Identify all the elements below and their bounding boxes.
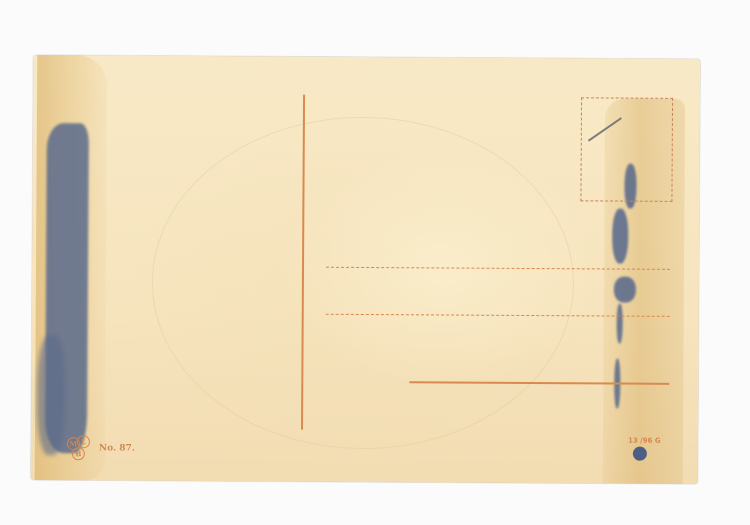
imprint-number: No. 87.: [99, 443, 135, 453]
logo-letter-b: B: [72, 447, 85, 460]
postcard-back: M L B No. 87. 13 /96 G: [31, 55, 701, 484]
publisher-imprint: M L B No. 87.: [67, 435, 135, 461]
print-code: 13 /96 G: [628, 437, 661, 445]
embossed-oval: [151, 116, 575, 451]
stamp-box: [580, 97, 673, 202]
ink-stain-left-lower: [37, 335, 66, 455]
publisher-logo-icon: M L B: [67, 435, 93, 461]
ink-stain-right-2: [612, 209, 628, 264]
ink-stain-right-4: [617, 304, 623, 344]
ink-dot-stain: [633, 447, 647, 461]
ink-stain-right-3: [614, 277, 636, 303]
